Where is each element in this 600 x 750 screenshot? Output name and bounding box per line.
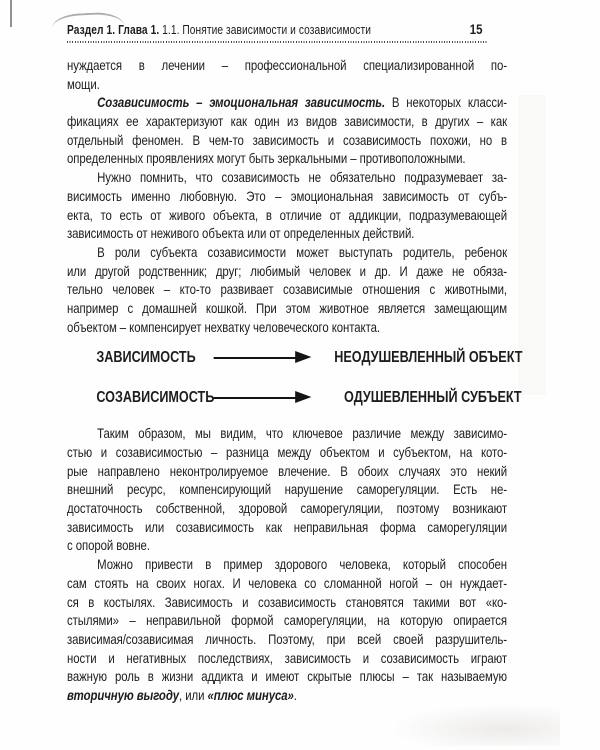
diagram-label-dependency: ЗАВИСИМОСТЬ [96,349,213,367]
page-header: Раздел 1. Глава 1. 1.1. Понятие зависимо… [67,22,507,38]
text-line: зависимость или созависимость как неправ… [67,518,507,537]
text-line: Созависимость – эмоциональная зависимост… [67,93,507,112]
text-line: достаточность собственной, здоровой само… [67,499,507,518]
text-line: фикациях ее характеризуют как один из ви… [67,112,507,131]
text-line: ности и негативных последствиях, зависим… [67,649,507,668]
body-column: нуждается в лечении – профессиональной с… [67,56,507,705]
book-page-scan: Раздел 1. Глава 1. 1.1. Понятие зависимо… [0,0,600,750]
text-line: объектом – компенсирует нехватку человеч… [67,318,507,337]
text-line: стылями» – неправильной формой саморегул… [67,611,507,630]
text-line: ся в костылях. Зависимость и созависимос… [67,593,507,612]
page-number: 15 [470,22,483,36]
text-line: мощи. [67,75,507,94]
body-text-bottom: Таким образом, мы видим, что ключевое ра… [67,424,507,704]
text-line: определенных проявлениях могут быть зерк… [67,149,507,168]
running-title: Раздел 1. Глава 1. 1.1. Понятие зависимо… [67,23,371,37]
running-title-chapter: 1.1. Понятие зависимости и созависимости [159,23,371,37]
right-arrow-icon [214,348,312,367]
text-line: с опорой вовне. [67,536,507,555]
running-title-section: Раздел 1. Глава 1. [67,23,159,37]
text-line: важную роль в жизни аддикта и имеют скры… [67,667,507,686]
dependency-diagram: ЗАВИСИМОСТЬ НЕОДУШЕВЛЕННЫЙ ОБЪЕКТ СОЗАВИ… [67,348,507,407]
text-line: Можно привести в пример здорового челове… [67,555,507,574]
right-arrow-icon [214,388,312,407]
text-line: зависимость от неживого объекта или от о… [67,224,507,243]
header-dotted-rule [67,41,488,43]
scan-artifact-edge-line [10,0,12,27]
text-line: висимость именно любовную. Это – эмоцион… [67,187,507,206]
text-line: зависимая/созависимая личность. Поэтому,… [67,630,507,649]
text-line: рые направлено неконтролируемое влечение… [67,462,507,481]
text-line: или другой родственник; друг; любимый че… [67,262,507,281]
text-line: вторичную выгоду, или «плюс минуса». [67,686,507,705]
text-line: например с домашней кошкой. При этом жив… [67,299,507,318]
text-line: нуждается в лечении – профессиональной с… [67,56,507,75]
diagram-row-codependency: СОЗАВИСИМОСТЬ ОДУШЕВЛЕННЫЙ СУБЪЕКТ [67,388,507,407]
text-line: внешний ресурс, компенсирующий нарушение… [67,480,507,499]
text-line: В роли субъекта созависимости может выст… [67,243,507,262]
diagram-label-codependency: СОЗАВИСИМОСТЬ [96,389,213,407]
text-line: сам стоять на своих ногах. И человека со… [67,574,507,593]
body-text-top: нуждается в лечении – профессиональной с… [67,56,507,336]
text-line: тельно человек – кто-то развивает созави… [67,280,507,299]
text-line: Нужно помнить, что созависимость не обяз… [67,168,507,187]
diagram-row-dependency: ЗАВИСИМОСТЬ НЕОДУШЕВЛЕННЫЙ ОБЪЕКТ [67,348,507,367]
scan-artifact-shadow [340,704,560,746]
text-line: екта, то есть от живого объекта, в отлич… [67,206,507,225]
text-line: отдельный феномен. В чем-то зависимость … [67,131,507,150]
text-line: Таким образом, мы видим, что ключевое ра… [67,424,507,443]
diagram-label-animate-subject: ОДУШЕВЛЕННЫЙ СУБЪЕКТ [334,389,521,407]
text-line: стью и созависимостью – разница между об… [67,443,507,462]
diagram-label-inanimate-object: НЕОДУШЕВЛЕННЫЙ ОБЪЕКТ [334,349,522,367]
